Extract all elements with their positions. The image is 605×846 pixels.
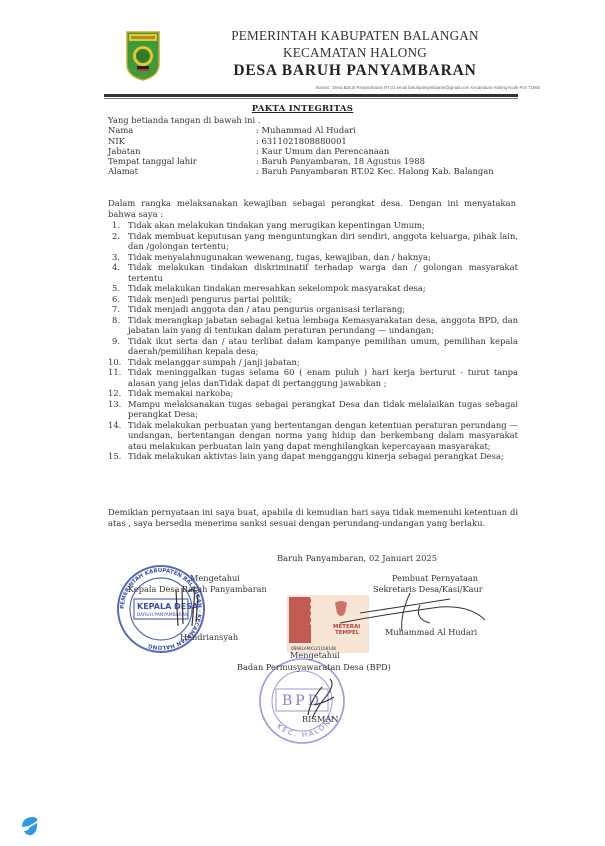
item-number: 14. <box>108 420 121 431</box>
item-number: 15. <box>108 451 121 462</box>
item-number: 5. <box>112 283 120 294</box>
commitment-item: 14.Tidak melakukan perbuatan yang berten… <box>108 420 518 452</box>
commitment-item: 12.Tidak memakai narkoba; <box>108 388 518 399</box>
identity-value: : Muhammad Al Hudari <box>256 125 356 135</box>
item-number: 8. <box>112 315 120 326</box>
closing-paragraph: Demikian pernyataan ini saya buat, apabi… <box>108 507 518 528</box>
item-number: 10. <box>108 357 121 368</box>
item-text: Tidak menyalahnugunakan wewenang, tugas,… <box>128 252 431 262</box>
commitment-item: 3.Tidak menyalahnugunakan wewenang, tuga… <box>108 252 518 263</box>
district-name: KECAMATAN HALONG <box>170 44 540 61</box>
item-number: 12. <box>108 388 121 399</box>
identity-label: Jabatan <box>108 146 256 156</box>
commitment-item: 11.Tidak meninggalkan tugas selama 60 ( … <box>108 367 518 388</box>
place-date: Baruh Panyambaran, 02 Januari 2025 <box>277 553 437 563</box>
commitment-item: 1.Tidak akan melakukan tindakan yang mer… <box>108 220 518 231</box>
item-text: Tidak memakai narkoba; <box>128 388 233 398</box>
commitment-list: 1.Tidak akan melakukan tindakan yang mer… <box>108 220 518 462</box>
svg-text:KEPALA DESA: KEPALA DESA <box>137 602 199 611</box>
identity-row: Jabatan : Kaur Umum dan Perencanaan <box>108 146 494 156</box>
item-text: Tidak merangkap jabatan sebagai ketua le… <box>128 315 518 336</box>
item-number: 3. <box>112 252 120 263</box>
identity-value: : Baruh Panyambaran RT.02 Kec. Halong Ka… <box>256 166 494 176</box>
identity-label: Alamat <box>108 166 256 176</box>
identity-value: : Kaur Umum dan Perencanaan <box>256 146 389 156</box>
identity-row: NIK : 6311021808880001 <box>108 136 494 146</box>
bpd-signature-name: RISMAN <box>302 714 338 724</box>
bpd-signature-role: Badan Permusyawaratan Desa (BPD) <box>237 662 391 672</box>
item-text: Tidak melakukan perbuatan yang bertentan… <box>128 420 518 451</box>
item-number: 7. <box>112 304 120 315</box>
item-text: Tidak akan melakukan tindakan yang merug… <box>128 220 425 230</box>
intro-row: Yang betianda tangan di bawah ini . <box>108 115 494 125</box>
identity-row: Nama : Muhammad Al Hudari <box>108 125 494 135</box>
identity-value: : 6311021808880001 <box>256 136 347 146</box>
meterai-stamp-icon: 10000 METERAI TEMPEL 0B981AMX121108148 <box>287 595 369 653</box>
item-number: 1. <box>112 220 120 231</box>
right-signature-caption: Pembuat Pernyataan <box>392 573 478 583</box>
commitment-item: 10.Tidak melanggar sumpah / janji jabata… <box>108 357 518 368</box>
item-text: Tidak melanggar sumpah / janji jabatan; <box>128 357 300 367</box>
identity-label: Nama <box>108 125 256 135</box>
letterhead-address: Alamat : Desa Baruh Panyambaran RT.01 em… <box>170 85 540 90</box>
letterhead: PEMERINTAH KABUPATEN BALANGAN KECAMATAN … <box>170 28 540 80</box>
commitment-item: 7.Tidak menjadi anggota dan / atau pengu… <box>108 304 518 315</box>
item-text: Tidak menjadi anggota dan / atau penguru… <box>128 304 405 314</box>
item-number: 2. <box>112 231 120 242</box>
svg-text:TEMPEL: TEMPEL <box>335 630 360 636</box>
government-name: PEMERINTAH KABUPATEN BALANGAN <box>170 28 540 44</box>
identity-label: Tempat tanggal lahir <box>108 156 256 166</box>
right-signature-name: Muhammad Al Hudari <box>385 627 477 637</box>
document-page: PEMERINTAH KABUPATEN BALANGAN KECAMATAN … <box>0 0 605 846</box>
identity-table: Yang betianda tangan di bawah ini . Nama… <box>108 115 494 177</box>
item-text: Tidak melakukan tindakan diskriminatif t… <box>128 262 518 283</box>
village-name: DESA BARUH PANYAMBARAN <box>170 61 540 80</box>
item-number: 9. <box>112 336 120 347</box>
app-corner-icon[interactable] <box>18 815 40 837</box>
bpd-signature-caption: Mengetahui <box>290 650 340 660</box>
commitment-item: 6.Tidak menjadi pengurus partai politik; <box>108 294 518 305</box>
commitment-item: 8.Tidak merangkap jabatan sebagai ketua … <box>108 315 518 336</box>
right-signature-role: Sekretaris Desa/Kasi/Kaur <box>373 584 483 594</box>
left-signature-caption: Mengetahui <box>190 573 240 583</box>
item-text: Tidak melakukan tindakan meresahkan seke… <box>128 283 426 293</box>
intro-text: Yang betianda tangan di bawah ini . <box>108 115 261 125</box>
item-text: Tidak membuat keputusan yang menguntungk… <box>128 231 518 252</box>
commitment-item: 15.Tidak melakukan aktivtas lain yang da… <box>108 451 518 462</box>
letterhead-rule-thin <box>104 98 518 99</box>
svg-text:BARUH PANYAMBARAN: BARUH PANYAMBARAN <box>137 612 188 618</box>
item-number: 13. <box>108 399 121 410</box>
left-signature-role: Kepala Desa Baruh Panyambaran <box>128 584 267 594</box>
svg-text:10000: 10000 <box>309 595 320 626</box>
document-title: PAKTA INTEGRITAS <box>0 104 605 114</box>
left-signature-name: Hendriansyah <box>180 632 238 642</box>
item-text: Tidak meninggalkan tugas selama 60 ( ena… <box>128 367 518 388</box>
statement-paragraph: Dalam rangka melaksanakan kewajiban seba… <box>108 198 516 219</box>
item-number: 11. <box>108 367 121 378</box>
svg-text:BPD: BPD <box>282 693 322 709</box>
identity-value: : Baruh Panyambaran, 18 Agustus 1988 <box>256 156 425 166</box>
item-number: 4. <box>112 262 120 273</box>
identity-label: NIK <box>108 136 256 146</box>
item-text: Mampu melaksanakan tugas sebagai perangk… <box>128 399 518 420</box>
commitment-item: 5.Tidak melakukan tindakan meresahkan se… <box>108 283 518 294</box>
commitment-item: 4.Tidak melakukan tindakan diskriminatif… <box>108 262 518 283</box>
identity-row: Tempat tanggal lahir : Baruh Panyambaran… <box>108 156 494 166</box>
item-text: Tidak menjadi pengurus partai politik; <box>128 294 292 304</box>
letterhead-rule-thick <box>104 94 518 97</box>
balangan-logo-icon <box>125 30 161 82</box>
commitment-item: 2.Tidak membuat keputusan yang menguntun… <box>108 231 518 252</box>
item-text: Tidak melakukan aktivtas lain yang dapat… <box>128 451 504 461</box>
commitment-item: 9.Tidak ikut serta dan / atau terlibat d… <box>108 336 518 357</box>
item-text: Tidak ikut serta dan / atau terlibat dal… <box>128 336 518 357</box>
commitment-item: 13.Mampu melaksanakan tugas sebagai pera… <box>108 399 518 420</box>
item-number: 6. <box>112 294 120 305</box>
identity-row: Alamat : Baruh Panyambaran RT.02 Kec. Ha… <box>108 166 494 176</box>
